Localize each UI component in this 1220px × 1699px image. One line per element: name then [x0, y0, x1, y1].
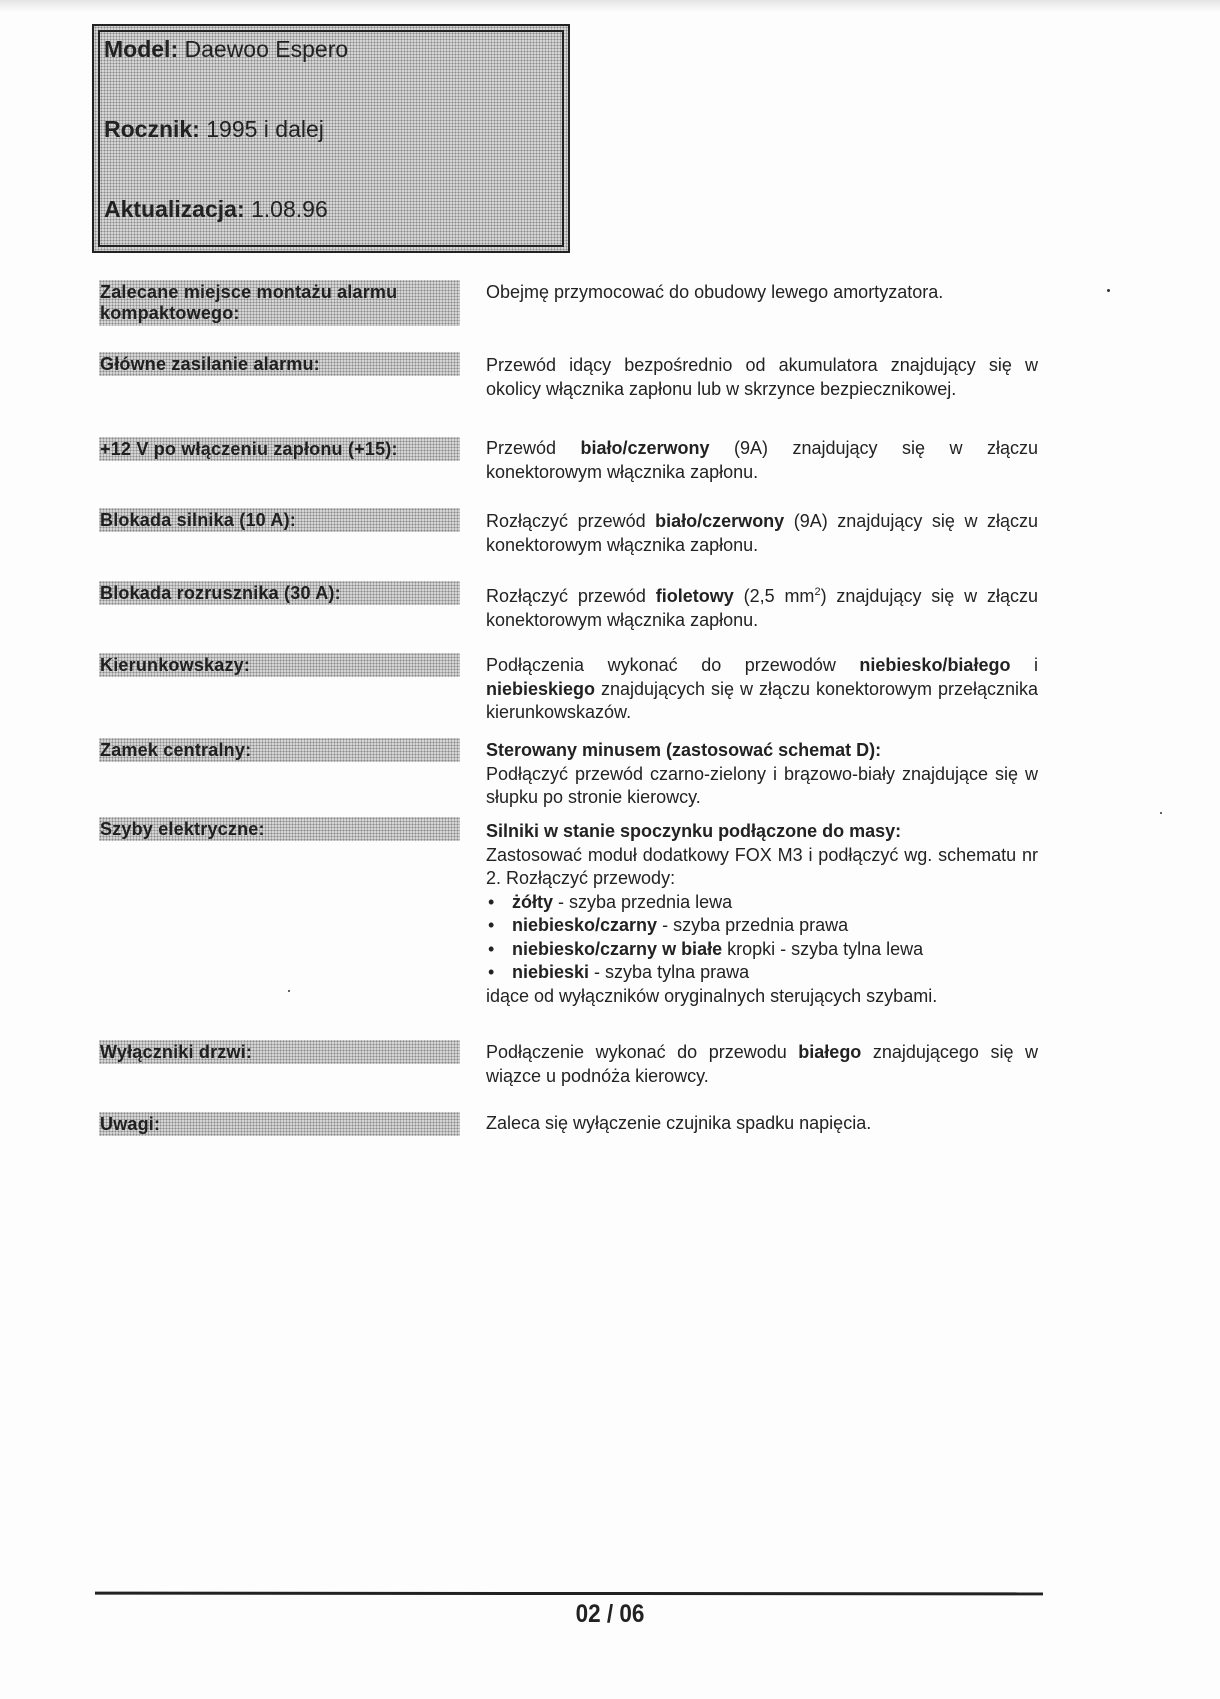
footer-rule	[95, 1592, 1043, 1596]
list-item: żółty - szyba przednia lewa	[486, 891, 1038, 915]
desc-ignition-12v: Przewód biało/czerwony (9A) znajdujący s…	[486, 437, 1038, 484]
list-item: niebieski - szyba tylna prawa	[486, 961, 1038, 985]
label-notes: Uwagi:	[99, 1112, 460, 1136]
wire-color: biało/czerwony	[581, 438, 710, 458]
wire-color: biało/czerwony	[655, 511, 784, 531]
scan-speck	[1160, 812, 1162, 814]
desc-main-power: Przewód idący bezpośrednio od akumulator…	[486, 354, 1038, 401]
label-starter-block: Blokada rozrusznika (30 A):	[99, 581, 460, 605]
wire-list: żółty - szyba przednia lewa niebiesko/cz…	[486, 891, 1038, 985]
list-item: niebiesko/czarny - szyba przednia prawa	[486, 914, 1038, 938]
model-label: Model:	[104, 36, 178, 62]
year-value: 1995 i dalej	[206, 116, 324, 142]
label-turn-signals: Kierunkowskazy:	[99, 653, 460, 677]
page-number: 02 / 06	[61, 1600, 1159, 1629]
model-value: Daewoo Espero	[185, 36, 349, 62]
year-line: Rocznik: 1995 i dalej	[104, 116, 324, 143]
desc-notes: Zaleca się wyłączenie czujnika spadku na…	[486, 1112, 1038, 1136]
desc-central-lock: Sterowany minusem (zastosować schemat D)…	[486, 739, 1038, 810]
scan-shade	[0, 0, 1220, 12]
desc-turn-signals: Podłączenia wykonać do przewodów niebies…	[486, 654, 1038, 725]
update-value: 1.08.96	[251, 196, 328, 222]
label-mount-location: Zalecane miejsce montażu alarmu kompakto…	[99, 280, 460, 326]
scan-speck	[288, 990, 290, 992]
power-windows-title: Silniki w stanie spoczynku podłączone do…	[486, 820, 1038, 844]
vehicle-info-inner-frame: Model: Daewoo Espero Rocznik: 1995 i dal…	[98, 30, 564, 247]
wire-color: fioletowy	[656, 586, 734, 606]
desc-power-windows: Silniki w stanie spoczynku podłączone do…	[486, 820, 1038, 1008]
wire-color: białego	[798, 1042, 861, 1062]
desc-engine-block: Rozłączyć przewód biało/czerwony (9A) zn…	[486, 510, 1038, 557]
desc-door-switches: Podłączenie wykonać do przewodu białego …	[486, 1041, 1038, 1088]
model-line: Model: Daewoo Espero	[104, 36, 348, 63]
scan-speck	[1107, 289, 1110, 292]
year-label: Rocznik:	[104, 116, 200, 142]
wire-color: niebieskiego	[486, 679, 595, 699]
update-label: Aktualizacja:	[104, 196, 245, 222]
wire-color: niebiesko/białego	[859, 655, 1010, 675]
desc-starter-block: Rozłączyć przewód fioletowy (2,5 mm2) zn…	[486, 581, 1038, 632]
label-main-power: Główne zasilanie alarmu:	[99, 352, 460, 376]
label-central-lock: Zamek centralny:	[99, 738, 460, 762]
list-item: niebiesko/czarny w białe kropki - szyba …	[486, 938, 1038, 962]
label-ignition-12v: +12 V po włączeniu zapłonu (+15):	[99, 437, 460, 461]
central-lock-title: Sterowany minusem (zastosować schemat D)…	[486, 739, 1038, 763]
desc-mount-location: Obejmę przymocować do obudowy lewego amo…	[486, 281, 1038, 305]
label-power-windows: Szyby elektryczne:	[99, 817, 460, 841]
vehicle-info-box: Model: Daewoo Espero Rocznik: 1995 i dal…	[92, 24, 570, 253]
update-line: Aktualizacja: 1.08.96	[104, 196, 328, 223]
label-engine-block: Blokada silnika (10 A):	[99, 508, 460, 532]
label-door-switches: Wyłączniki drzwi:	[99, 1040, 460, 1064]
